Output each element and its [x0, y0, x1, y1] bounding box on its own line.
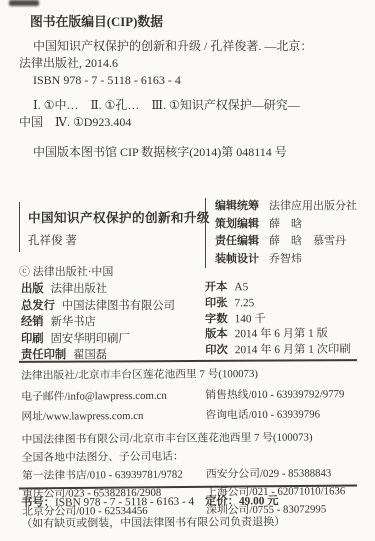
price-value: 49.00 元: [239, 495, 279, 507]
publishing-value: 7.25: [234, 297, 254, 309]
inquiry-phone: 咨询电话/010 - 63939796: [205, 406, 320, 422]
publishing-row: 版本2014 年 6 月第 1 版: [205, 327, 351, 344]
cip-copyright-page: 图书在版编目(CIP)数据 中国知识产权保护的创新和升级 / 孔祥俊著. —北京…: [0, 0, 375, 541]
copyright-line: ⓒ 法律出版社·中国: [19, 263, 113, 279]
book-author: 孔祥俊 著: [28, 232, 210, 248]
editor-row: 装帧设计乔智炜: [215, 251, 357, 269]
publishing-row: 经销新华书店: [21, 314, 175, 331]
publishing-value: 中国法律图书有限公司: [62, 300, 175, 312]
publisher-address: 法律出版社/北京市丰台区莲花池西里 7 号(100073): [21, 365, 361, 383]
publishing-row: 总发行中国法律图书有限公司: [21, 298, 175, 315]
publishing-value: 固安华明印刷厂: [51, 333, 130, 345]
book-number-value: ISBN 978 - 7 - 5118 - 6163 - 4: [55, 496, 194, 509]
return-policy-note: （如有缺页或倒装，中国法律图书有限公司负责退换）: [21, 513, 361, 531]
price: 定价：49.00 元: [205, 492, 279, 509]
publishing-label: 印次: [205, 345, 228, 357]
editor-row: 责任编辑薛 晗 慕雪丹: [215, 233, 357, 251]
publishing-value: 翟国磊: [73, 349, 107, 361]
editor-row: 策划编辑薛 晗: [215, 216, 357, 234]
contact-row: 网址/www.lawpress.com.cn 咨询电话/010 - 639397…: [21, 406, 361, 424]
publishing-label: 版本: [205, 329, 228, 341]
book-title: 中国知识产权保护的创新和升级: [28, 207, 210, 226]
publishing-label: 责任印制: [21, 349, 66, 361]
book-number: 书号：ISBN 978 - 7 - 5118 - 6163 - 4: [21, 493, 205, 510]
publishing-info-left: 出版法律出版社 总发行中国法律图书有限公司 经销新华书店 印刷固安华明印刷厂 责…: [21, 281, 175, 364]
publishing-value: 140 千: [235, 313, 266, 325]
editor-value: 法律应用出版分社: [269, 200, 357, 212]
editor-label: 装帧设计: [215, 253, 259, 265]
website: 网址/www.lawpress.com.cn: [21, 407, 205, 424]
publishing-value: 2014 年 6 月第 1 版: [235, 328, 328, 341]
price-label: 定价：: [205, 495, 239, 507]
footer-row: 书号：ISBN 978 - 7 - 5118 - 6163 - 4 定价：49.…: [21, 492, 361, 510]
editor-row: 编辑统筹法律应用出版分社: [215, 198, 357, 216]
publishing-value: 2014 年 6 月第 1 次印刷: [235, 344, 351, 357]
book-number-label: 书号：: [21, 497, 55, 509]
editor-value: 薛 晗: [269, 218, 302, 230]
cip-isbn: ISBN 978 - 7 - 5118 - 6163 - 4: [33, 72, 375, 89]
company-address: 中国法律图书有限公司/北京市丰台区莲花池西里 7 号(100073): [22, 429, 362, 447]
publishing-row: 印次2014 年 6 月第 1 次印刷: [205, 343, 351, 360]
publishing-info-right: 开本A5 印张7.25 字数140 千 版本2014 年 6 月第 1 版 印次…: [205, 279, 351, 359]
publishing-label: 字数: [205, 313, 228, 325]
cip-classification-line1: Ⅰ. ①中… Ⅱ. ①孔… Ⅲ. ①知识产权保护—研究—: [33, 97, 375, 114]
editor-value: 薛 晗 慕雪丹: [269, 235, 346, 247]
footer-section: 书号：ISBN 978 - 7 - 5118 - 6163 - 4 定价：49.…: [21, 492, 361, 531]
publishing-row: 印刷固安华明印刷厂: [21, 331, 175, 348]
book-title-block: 中国知识产权保护的创新和升级 孔祥俊 著: [19, 202, 210, 252]
publishing-label: 印刷: [21, 333, 44, 345]
publishing-label: 出版: [21, 283, 44, 295]
publishing-label: 开本: [205, 281, 228, 293]
publishing-label: 经销: [21, 316, 44, 328]
publishing-label: 印张: [205, 297, 228, 309]
branch-row: 第一法律书店/010 - 63939781/9782 西安分公司/029 - 8…: [22, 465, 362, 483]
cip-title-line: 中国知识产权保护的创新和升级 / 孔祥俊著. —北京：: [33, 38, 375, 55]
branch-right: 西安分公司/029 - 85388843: [206, 465, 332, 481]
editor-label: 责任编辑: [215, 235, 259, 247]
publishing-row: 出版法律出版社: [21, 281, 175, 298]
cip-record-number: 中国版本图书馆 CIP 数据核字(2014)第 048114 号: [33, 144, 375, 161]
publishing-value: 法律出版社: [51, 283, 108, 295]
cip-heading: 图书在版编目(CIP)数据: [30, 14, 375, 31]
publishing-row: 字数140 千: [205, 311, 351, 328]
publishing-value: 新华书店: [51, 316, 96, 328]
editor-label: 策划编辑: [215, 218, 259, 230]
publishing-row: 印张7.25: [205, 295, 351, 312]
publishing-value: A5: [234, 281, 248, 293]
editors-block: 编辑统筹法律应用出版分社 策划编辑薛 晗 责任编辑薛 晗 慕雪丹 装帧设计乔智炜: [205, 198, 357, 268]
cip-section: 图书在版编目(CIP)数据 中国知识产权保护的创新和升级 / 孔祥俊著. —北京…: [0, 14, 375, 161]
publishing-row: 开本A5: [205, 279, 351, 296]
cip-classification-line2: 中国 Ⅳ. ①D923.404: [19, 114, 375, 131]
editor-value: 乔智炜: [269, 253, 302, 265]
publishing-label: 总发行: [21, 300, 55, 312]
branch-left: 第一法律书店/010 - 63939781/9782: [22, 466, 206, 483]
branches-heading: 全国各地中法图分、子公司电话：: [22, 447, 362, 465]
contact-row: 电子邮件/info@lawpress.com.cn 销售热线/010 - 639…: [21, 386, 361, 404]
editor-label: 编辑统筹: [215, 200, 259, 212]
email: 电子邮件/info@lawpress.com.cn: [21, 387, 205, 404]
sales-hotline: 销售热线/010 - 63939792/9779: [205, 386, 344, 402]
scan-artifact: [9, 0, 39, 6]
cip-publisher-line: 法律出版社, 2014.6: [19, 55, 375, 72]
